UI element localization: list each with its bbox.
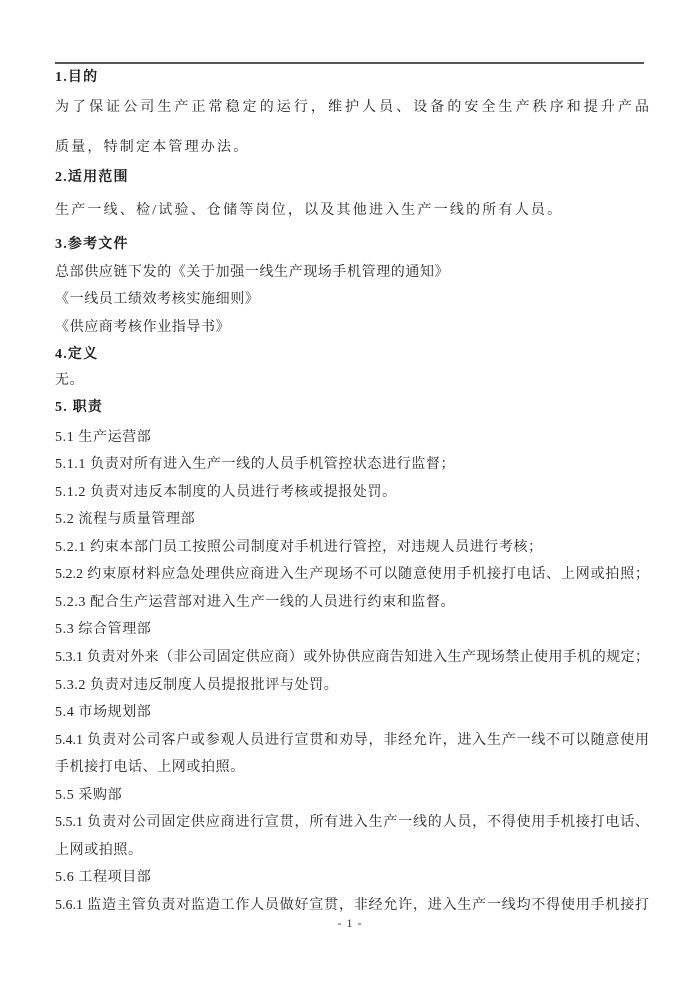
section-heading: 4.定义: [55, 345, 649, 365]
text-line: 5.4 市场规划部: [55, 703, 649, 723]
header-rule: [55, 62, 644, 64]
text-line: 5.2.3 配合生产运营部对进入生产一线的人员进行约束和监督。: [55, 593, 649, 613]
text-line: 5.4.1 负责对公司客户或参观人员进行宣贯和劝导，非经允许，进入生产一线不可以…: [55, 731, 649, 751]
text-line: 5.3.1 负责对外来（非公司固定供应商）或外协供应商告知进入生产现场禁止使用手…: [55, 648, 649, 668]
text-line: 5.1.2 负责对违反本制度的人员进行考核或提报处罚。: [55, 483, 649, 503]
text-line: 5.3 综合管理部: [55, 620, 649, 640]
text-line: 生产一线、检/试验、仓储等岗位，以及其他进入生产一线的所有人员。: [55, 201, 649, 221]
text-line: 总部供应链下发的《关于加强一线生产现场手机管理的通知》: [55, 263, 649, 283]
text-line: 5.2 流程与质量管理部: [55, 510, 649, 530]
text-line: 5.5.1 负责对公司固定供应商进行宣贯，所有进入生产一线的人员，不得使用手机接…: [55, 813, 649, 833]
text-line: 无。: [55, 371, 649, 391]
text-line: 5.1.1 负责对所有进入生产一线的人员手机管控状态进行监督；: [55, 455, 649, 475]
text-line: 上网或拍照。: [55, 841, 649, 861]
text-line: 5.2.1 约束本部门员工按照公司制度对手机进行管控，对违规人员进行考核；: [55, 538, 649, 558]
text-line: 5.6.1 监造主管负责对监造工作人员做好宣贯，非经允许，进入生产一线均不得使用…: [55, 896, 649, 916]
text-line: 5.3.2 负责对违反制度人员提报批评与处罚。: [55, 676, 649, 696]
text-line: 质量，特制定本管理办法。: [55, 138, 649, 158]
document-page: 1.目的为了保证公司生产正常稳定的运行，维护人员、设备的安全生产秩序和提升产品质…: [0, 0, 700, 990]
text-line: 《一线员工绩效考核实施细则》: [55, 290, 649, 310]
text-line: 5.2.2 约束原材料应急处理供应商进入生产现场不可以随意使用手机接打电话、上网…: [55, 565, 649, 585]
section-heading: 1.目的: [55, 68, 649, 88]
text-line: 手机接打电话、上网或拍照。: [55, 758, 649, 778]
text-line: 5.6 工程项目部: [55, 868, 649, 888]
page-number: - 1 -: [0, 916, 700, 931]
section-heading: 2.适用范围: [55, 168, 649, 188]
section-heading: 5. 职责: [55, 398, 649, 418]
section-heading: 3.参考文件: [55, 235, 649, 255]
text-line: 5.5 采购部: [55, 786, 649, 806]
text-line: 5.1 生产运营部: [55, 428, 649, 448]
text-line: 《供应商考核作业指导书》: [55, 318, 649, 338]
text-line: 为了保证公司生产正常稳定的运行，维护人员、设备的安全生产秩序和提升产品: [55, 98, 649, 118]
